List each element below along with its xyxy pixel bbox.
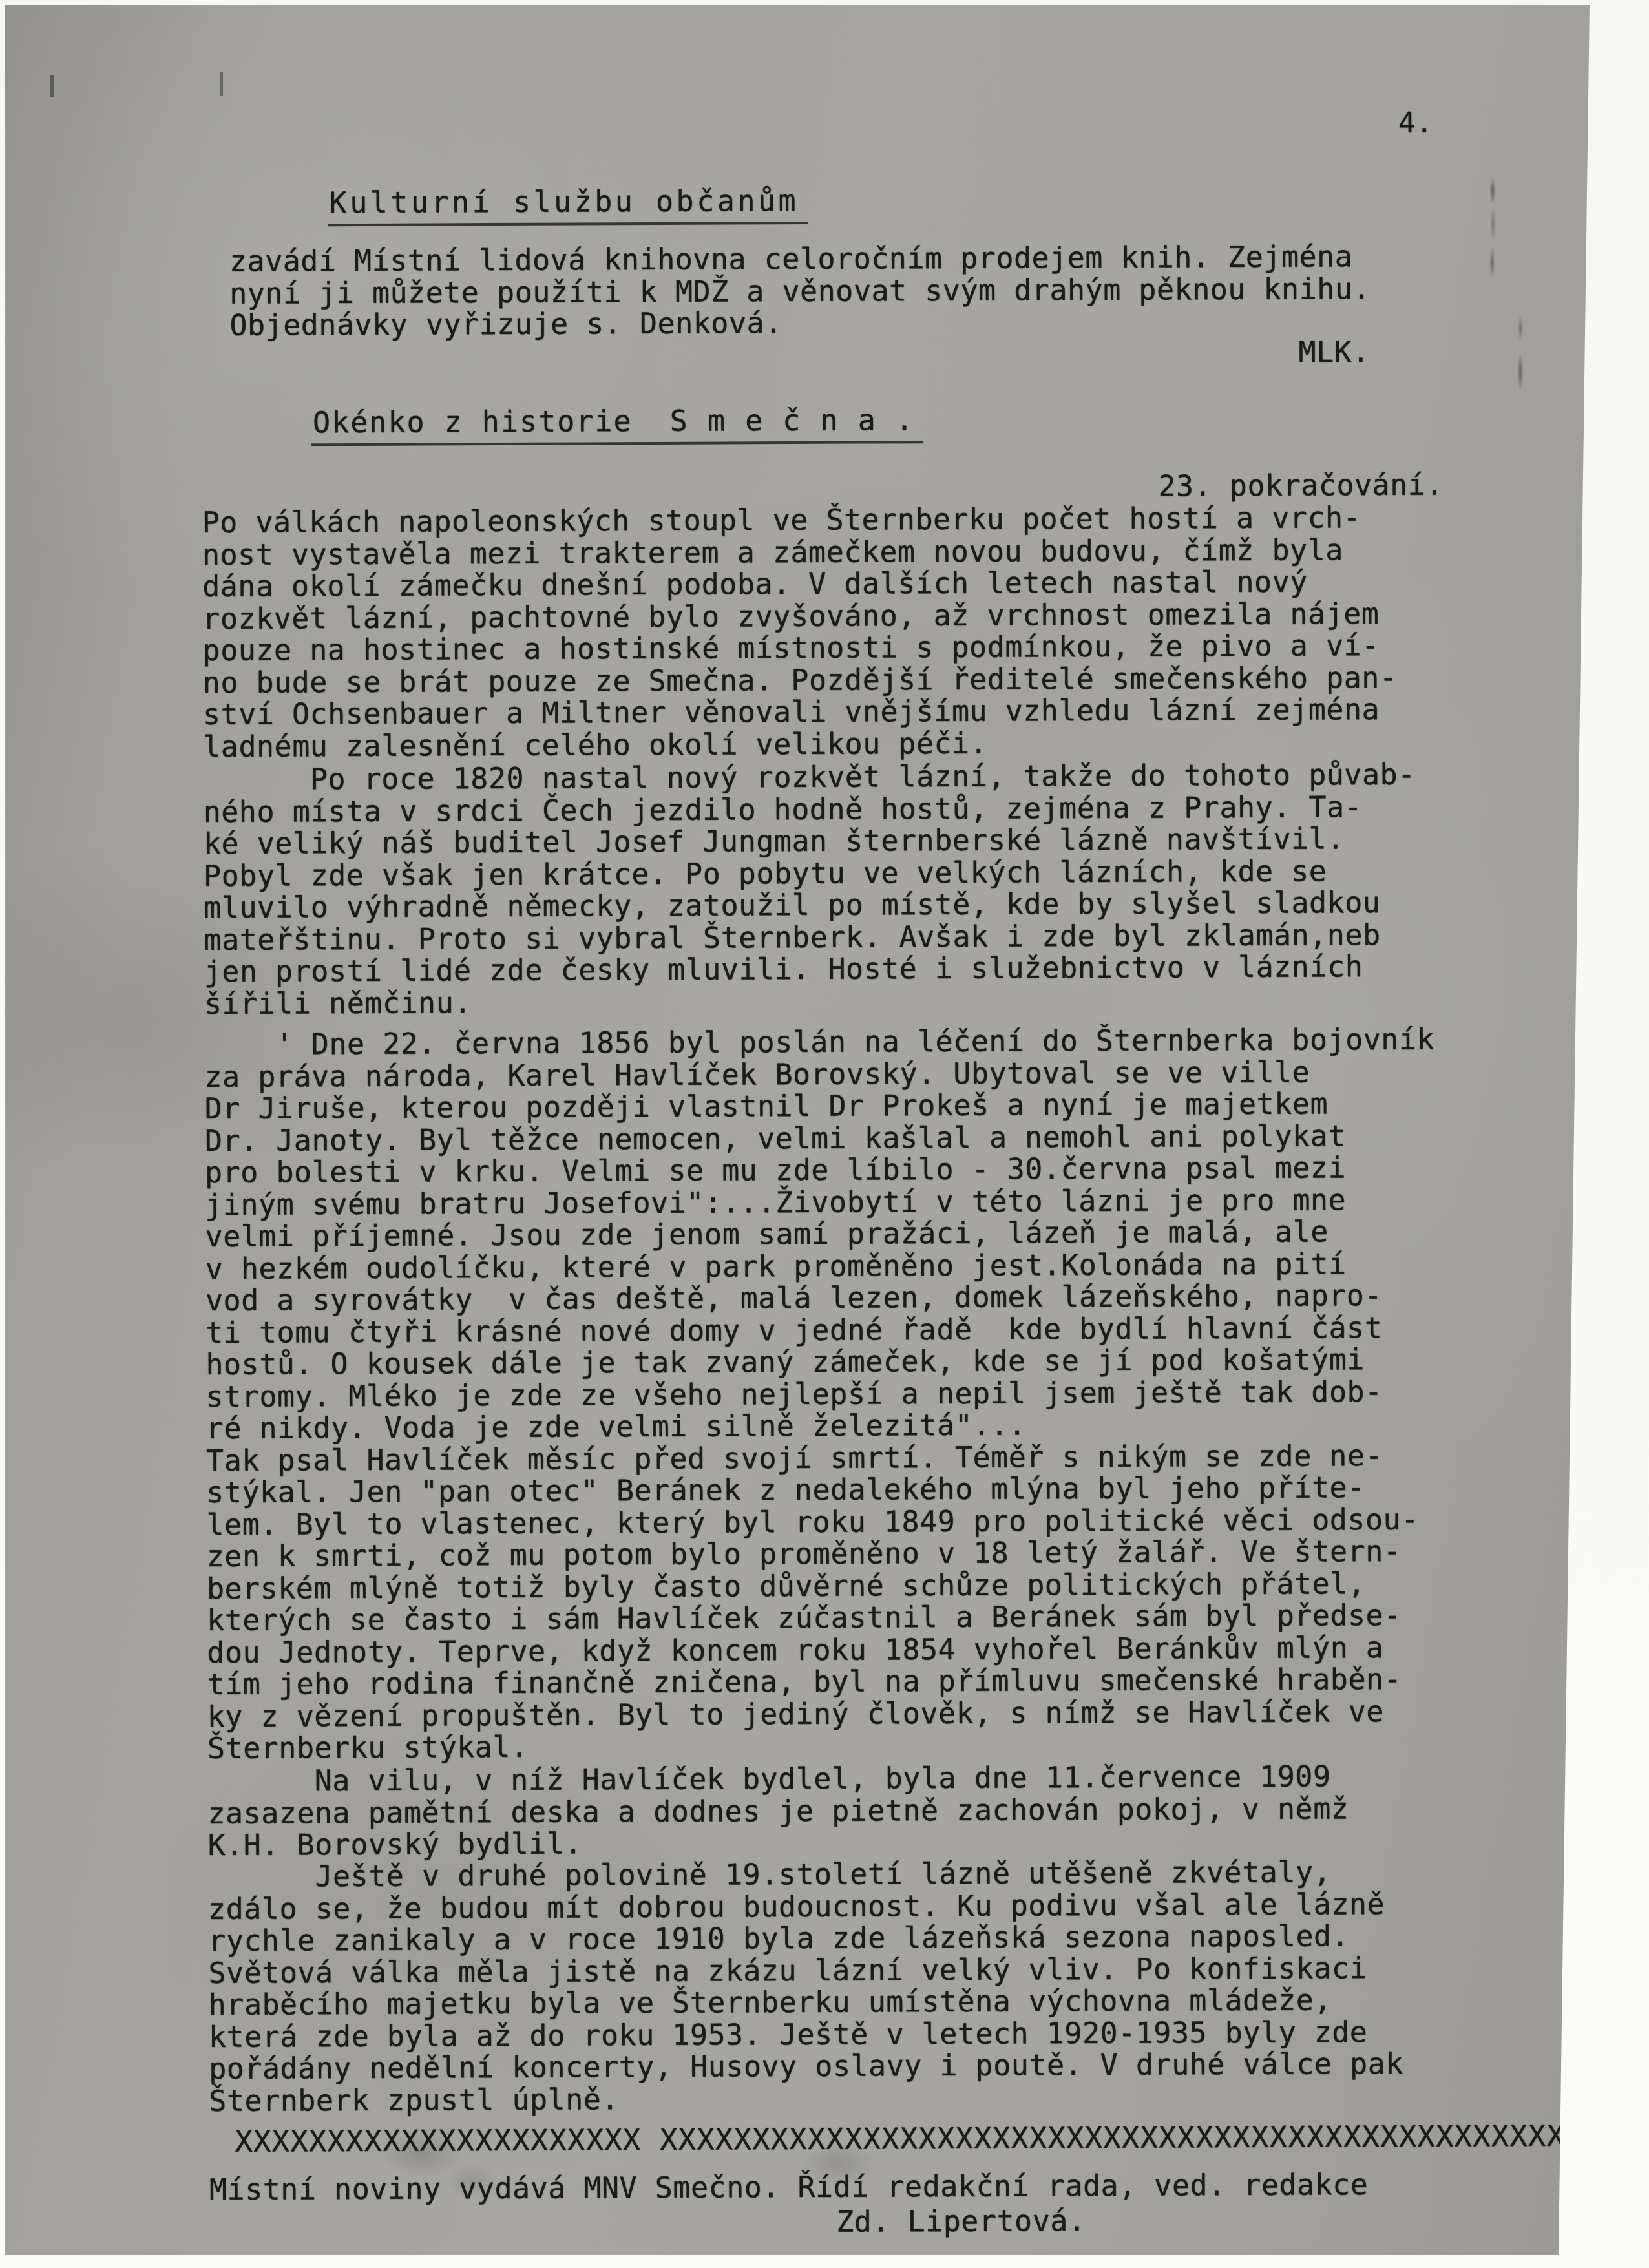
scanned-page: 4. Kulturní službu občanům zavádí Místní… [0,0,1649,2268]
history-section-heading: Okénko z historie S m e č n a . [311,404,923,446]
text-line: ladnému zalesnění celého okolí velikou p… [203,725,1398,762]
paper-sheet: 4. Kulturní službu občanům zavádí Místní… [5,5,1590,2255]
text-line: zasazena pamětní deska a dodnes je pietn… [207,1792,1349,1829]
footer-divider: XXXXXXXXXXXXXXXXXXXXXX XXXXXXXXXXXXXXXXX… [235,2120,1565,2158]
footer-credit-line: Místní noviny vydává MNV Smečno. Řídí re… [209,2168,1369,2205]
text-line: ství Ochsenbauer a Miltner věnovali vněj… [203,693,1398,731]
text-line: Objednávky vyřizuje s. Denková. [229,304,1371,341]
text-line: jen prostí lidé zde česky mluvili. Hosté… [204,950,1416,988]
history-paragraph-2: Po roce 1820 nastal nový rozkvět lázní, … [203,759,1416,1020]
page-number: 4. [1398,107,1433,140]
text-line: Šternberku stýkal. [207,1727,1438,1765]
continuation-label: 23. pokračování. [1158,469,1444,502]
text-line: ky z vězení propuštěn. Byl to jediný člo… [207,1695,1438,1732]
ink-smudge [1596,416,1602,520]
library-section-heading: Kulturní službu občanům [328,185,808,226]
history-paragraph-5: Ještě v druhé polovině 19.století lázně … [208,1856,1403,2117]
text-line: stromy. Mléko je zde ze všeho nejlepší a… [205,1375,1436,1412]
text-line: šířili němčinu. [204,982,1416,1020]
footer-credit-name: Zd. Lipertová. [836,2205,1086,2238]
text-line: Šternberk zpustl úplně. [209,2079,1403,2117]
text-line: nyní ji můžete použíti k MDŽ a věnovat s… [229,273,1371,310]
history-paragraph-4: Na vilu, v níž Havlíček bydlel, byla dne… [207,1760,1349,1861]
text-line: pořádány nedělní koncerty, Husovy oslavy… [209,2048,1403,2085]
library-paragraph: zavádí Místní lidová knihovna celoročním… [229,240,1371,341]
library-section: Kulturní službu občanům [328,185,808,226]
history-paragraph-1: Po válkách napoleonských stoupl ve Štern… [202,501,1398,762]
library-signature: MLK. [1298,336,1370,368]
typewritten-content: 4. Kulturní službu občanům zavádí Místní… [1,2,1595,2259]
history-section: Okénko z historie S m e č n a . [311,404,923,446]
history-paragraph-3: ' Dne 22. června 1856 byl poslán na léče… [204,1024,1438,1765]
